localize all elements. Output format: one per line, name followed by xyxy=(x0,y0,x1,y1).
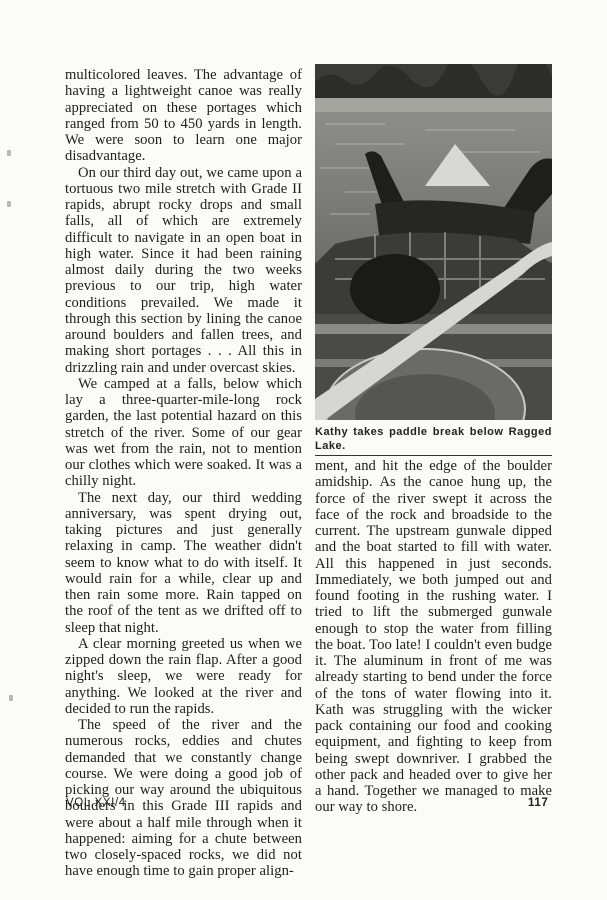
paragraph: ment, and hit the edge of the boulder am… xyxy=(315,458,552,816)
paragraph: A clear morning greeted us when we zippe… xyxy=(65,636,302,717)
right-column-text: ment, and hit the edge of the boulder am… xyxy=(315,458,552,816)
photo-illustration xyxy=(315,64,552,420)
photo-caption: Kathy takes paddle break below Ragged La… xyxy=(315,425,552,453)
punch-hole-mark xyxy=(7,150,11,156)
page-number: 117 xyxy=(528,797,548,809)
volume-label: VOL.XXI/4 xyxy=(66,797,126,809)
caption-divider xyxy=(315,455,552,456)
paragraph: multicolored leaves. The advantage of ha… xyxy=(65,67,302,165)
left-column-text: multicolored leaves. The advantage of ha… xyxy=(65,67,302,880)
paragraph: We camped at a falls, below which lay a … xyxy=(65,376,302,490)
paragraph: The next day, our third wedding annivers… xyxy=(65,490,302,636)
punch-hole-mark xyxy=(9,695,13,701)
paragraph: On our third day out, we came upon a tor… xyxy=(65,165,302,376)
canoe-photo xyxy=(315,64,552,420)
punch-hole-mark xyxy=(7,201,11,207)
